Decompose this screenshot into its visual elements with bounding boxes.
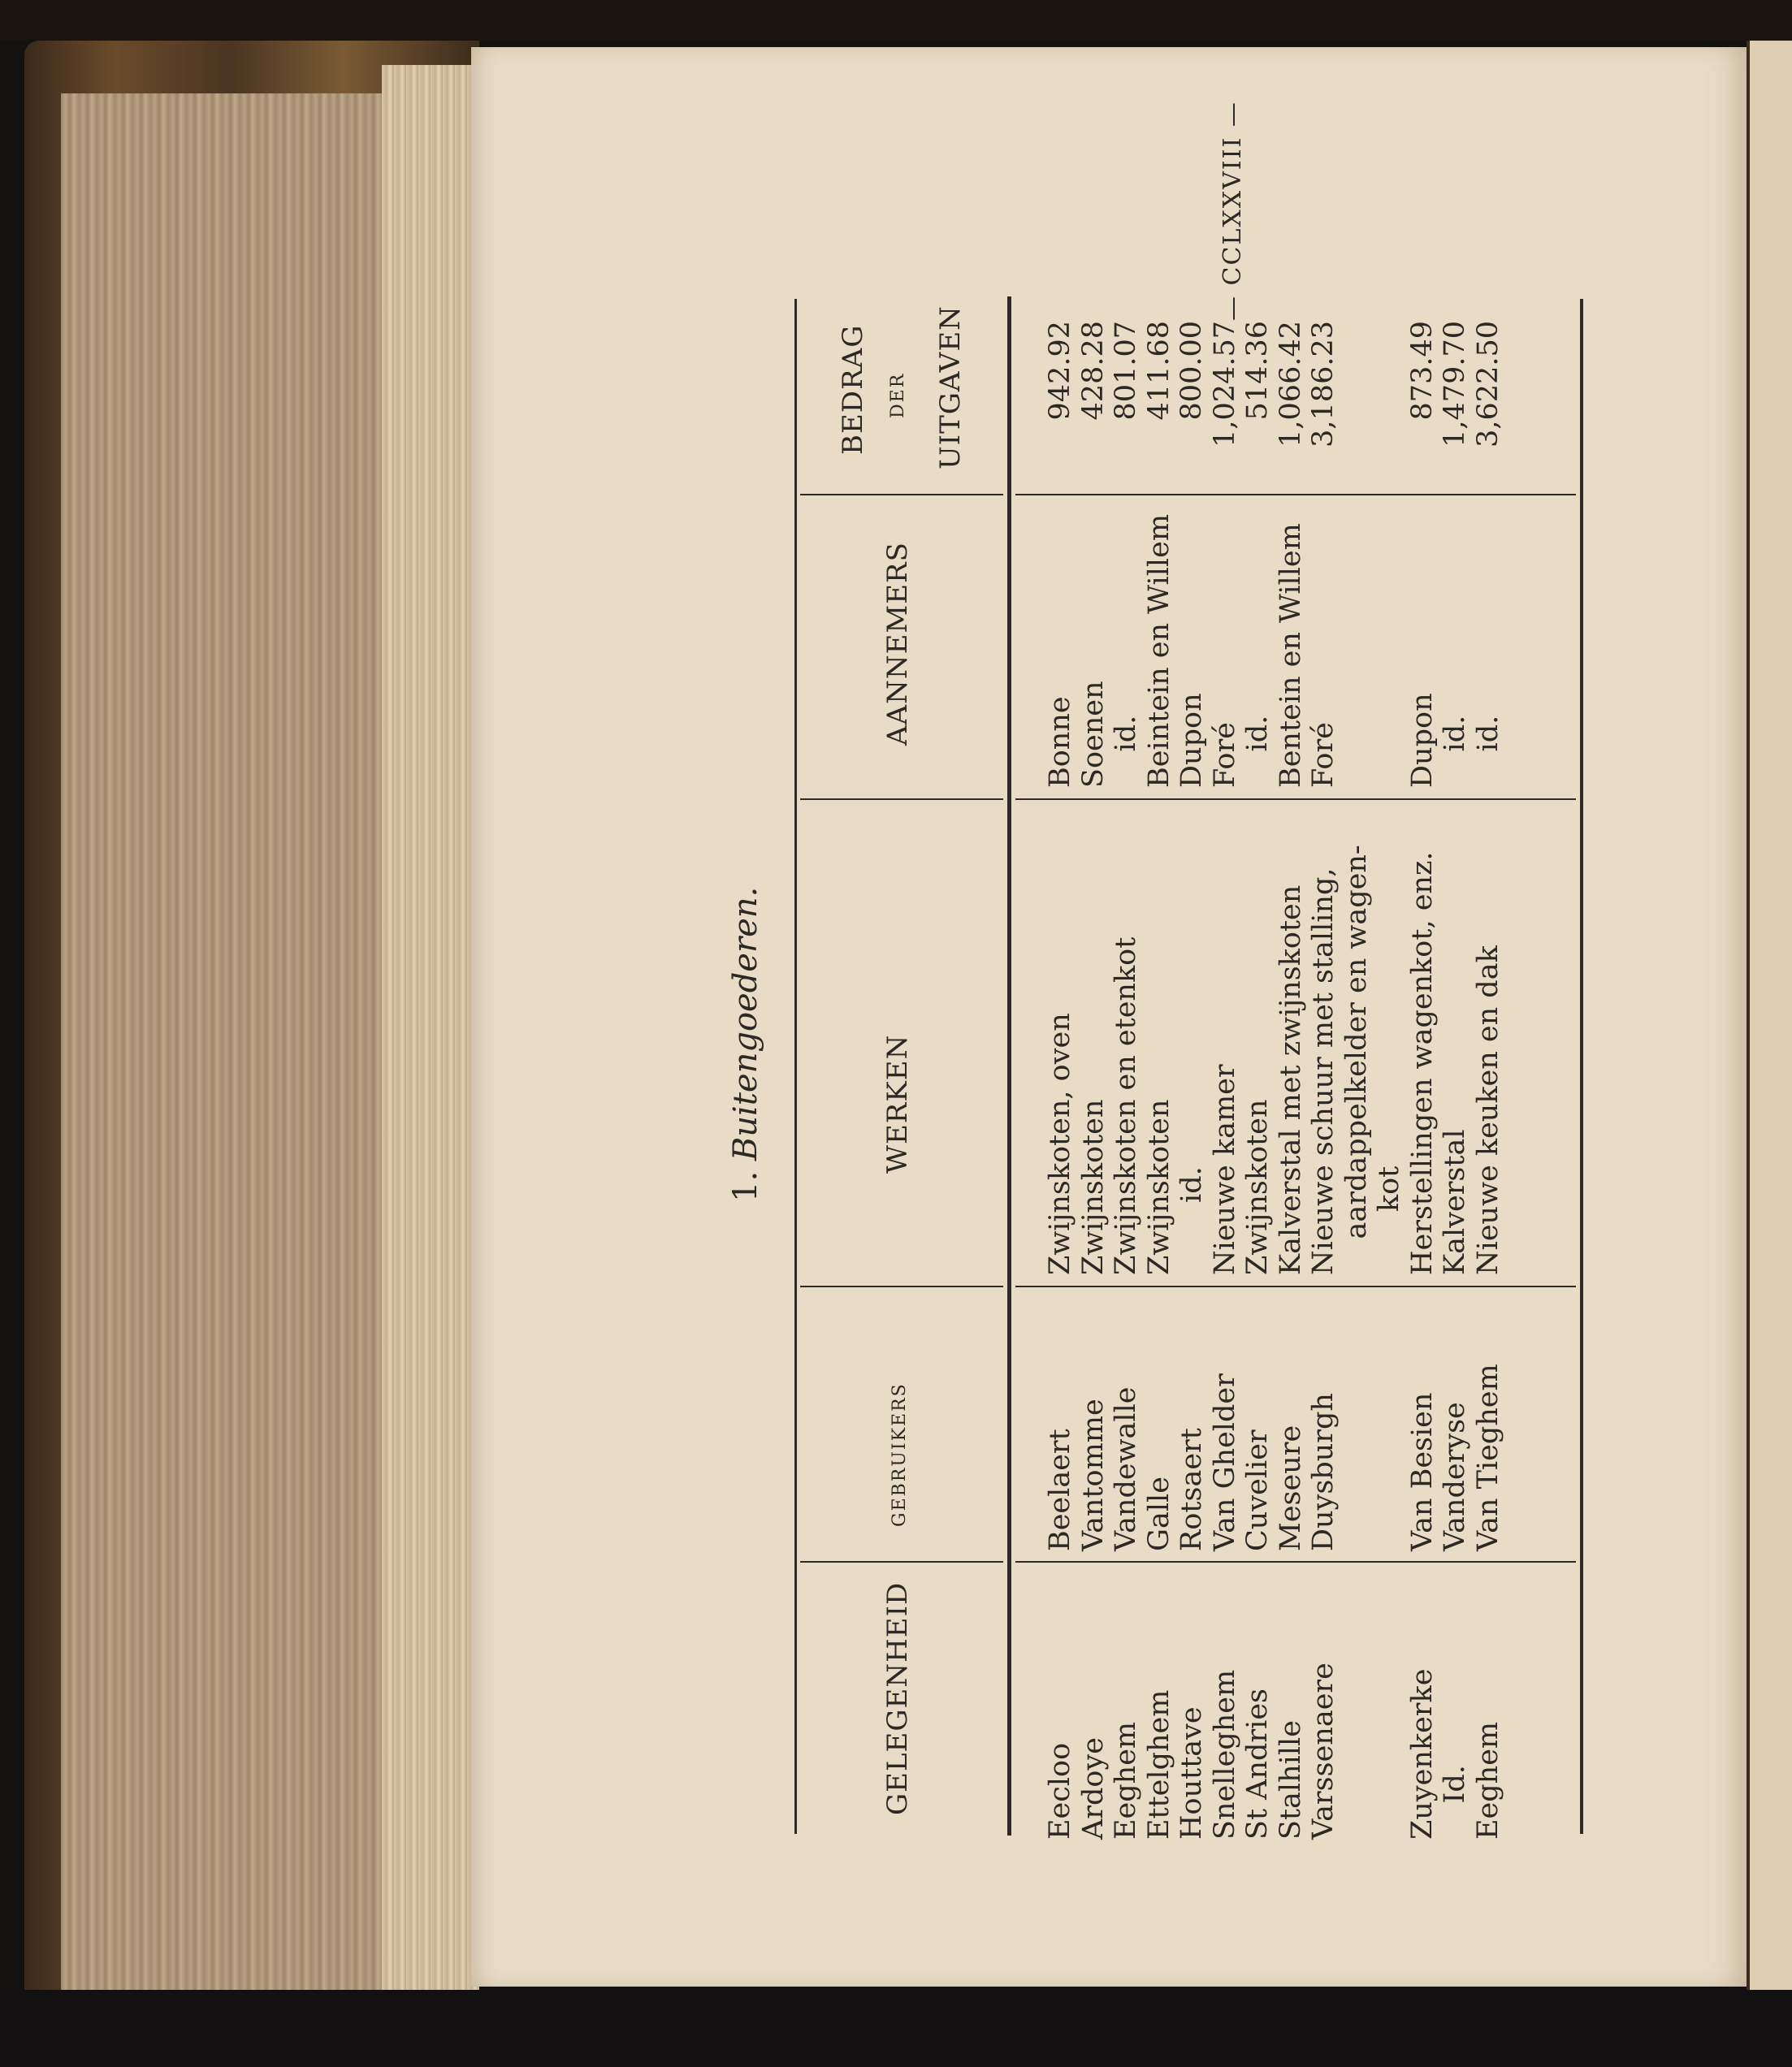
body-divider-bedrag [1015,494,1576,495]
body-divider-werken [1015,1286,1576,1287]
header-uitgaven: UITGAVEN [934,305,967,469]
facing-page-edge [1750,41,1792,1990]
table-bottom-rule [1580,299,1583,1834]
body-divider-aannemers [1015,798,1576,800]
header-bedrag: BEDRAG [837,325,869,455]
page-number: — CCLXXVIII — [1218,101,1247,321]
header-gelegenheid: GELEGENHEID [881,1582,914,1815]
header-divider-werken [800,1286,1003,1287]
section-title-text: Buitengoederen. [727,887,764,1161]
column-gebruikers: Beelaert Vantomme Vandewalle Galle Rotsa… [1044,1364,1504,1551]
column-aannemers: Bonne Soenen id. Beintein en Willem Dupo… [1044,514,1504,788]
table-header-rule [1007,296,1011,1836]
background-bottom [0,1990,1792,2067]
header-aannemers: AANNEMERS [881,542,914,746]
header-divider-gebruikers [800,1561,1003,1563]
background-top [0,0,1792,41]
header-gebruikers: GEBRUIKERS [890,1382,910,1527]
column-gelegenheid: Eecloo Ardoye Eeghem Ettelghem Houttave … [1044,1663,1504,1840]
header-divider-bedrag [800,494,1003,495]
header-divider-aannemers [800,798,1003,800]
header-der: DER [888,373,908,418]
section-title: 1. Buitengoederen. [727,887,764,1202]
header-werken: WERKEN [881,1035,914,1174]
table-top-rule [794,299,797,1834]
section-number: 1. [727,1171,764,1202]
book-page-edges-near [382,65,479,2047]
column-bedrag: 942.92 428.28 801.07 411.68 800.00 1,024… [1044,321,1504,483]
body-divider-gebruikers [1015,1561,1576,1563]
column-werken: Zwijnskoten, oven Zwijnskoten Zwijnskote… [1044,845,1504,1275]
